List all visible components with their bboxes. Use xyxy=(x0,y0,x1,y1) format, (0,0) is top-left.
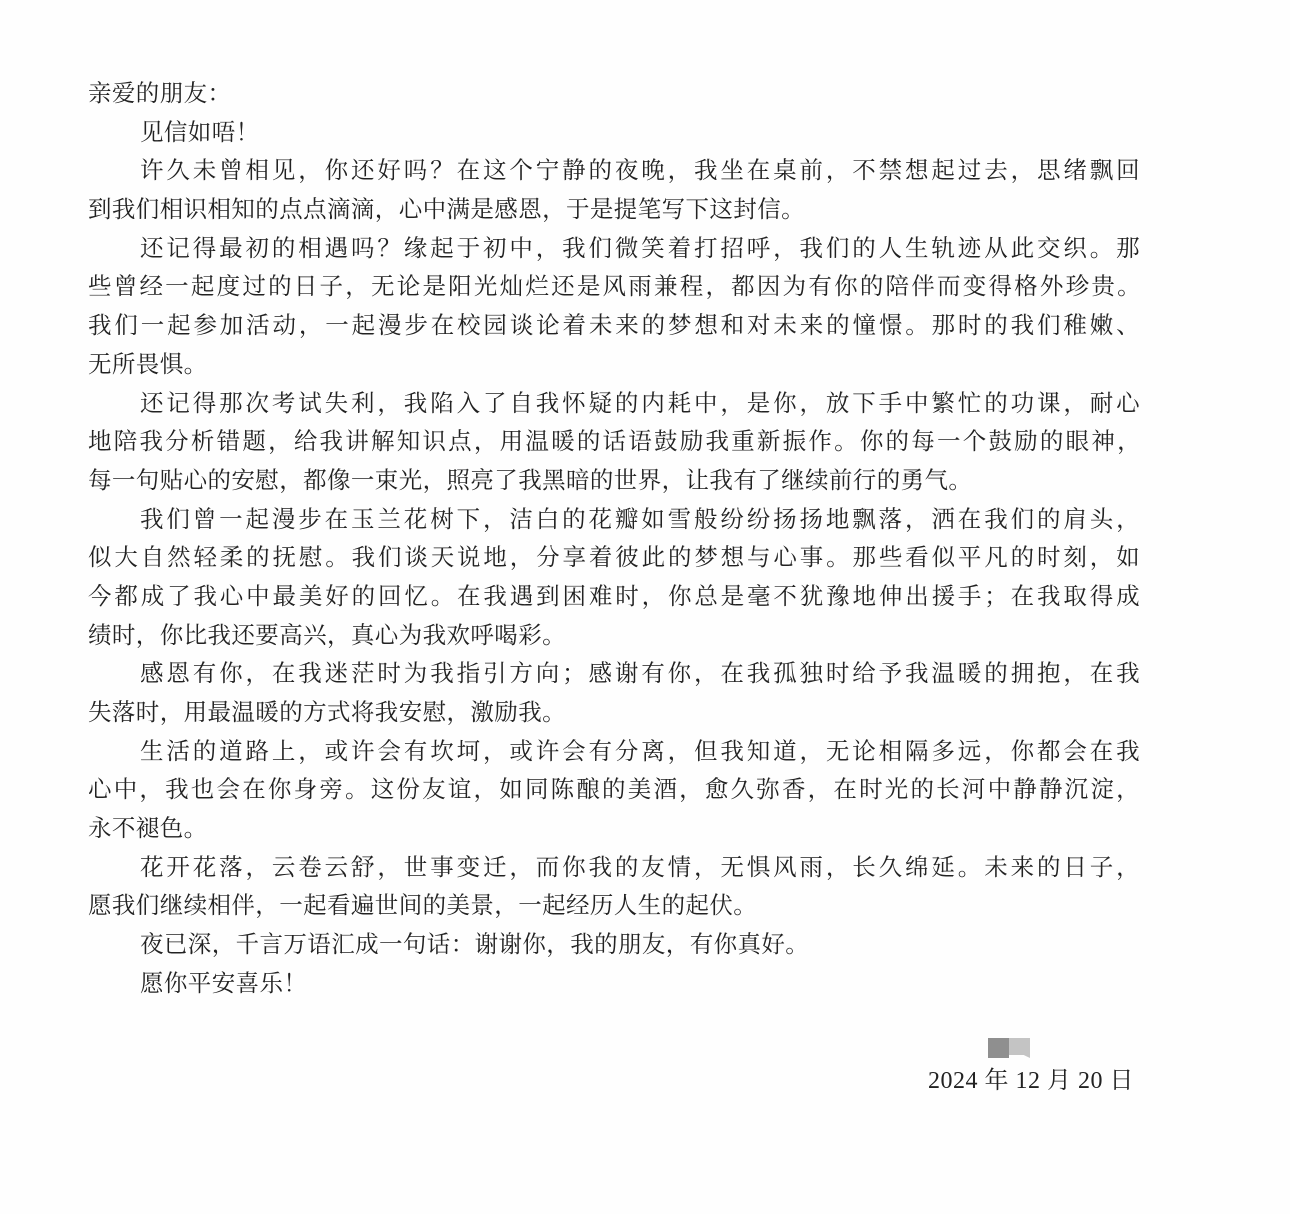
greeting: 见信如唔！ xyxy=(88,113,1140,152)
paragraph-8-line-1: 夜已深，千言万语汇成一句话：谢谢你，我的朋友，有你真好。 xyxy=(88,925,1140,964)
paragraph-5-line-2: 失落时，用最温暖的方式将我安慰，激励我。 xyxy=(88,693,1140,732)
paragraph-7-line-2: 愿我们继续相伴，一起看遍世间的美景，一起经历人生的起伏。 xyxy=(88,886,1140,925)
paragraph-3-line-2: 地陪我分析错题，给我讲解知识点，用温暖的话语鼓励我重新振作。你的每一个鼓励的眼神… xyxy=(88,422,1140,461)
paragraph-2-line-2: 些曾经一起度过的日子，无论是阳光灿烂还是风雨兼程，都因为有你的陪伴而变得格外珍贵… xyxy=(88,267,1140,306)
paragraph-6-line-2: 心中，我也会在你身旁。这份友谊，如同陈酿的美酒，愈久弥香，在时光的长河中静静沉淀… xyxy=(88,770,1140,809)
paragraph-7-line-1: 花开花落，云卷云舒，世事变迁，而你我的友情，无惧风雨，长久绵延。未来的日子， xyxy=(88,848,1140,887)
letter-page: 亲爱的朋友： 见信如唔！ 许久未曾相见，你还好吗？在这个宁静的夜晚，我坐在桌前，… xyxy=(0,0,1290,1214)
redaction-block xyxy=(988,1038,1009,1058)
paragraph-4-line-2: 似大自然轻柔的抚慰。我们谈天说地，分享着彼此的梦想与心事。那些看似平凡的时刻，如 xyxy=(88,538,1140,577)
paragraph-6-line-1: 生活的道路上，或许会有坎坷，或许会有分离，但我知道，无论相隔多远，你都会在我 xyxy=(88,732,1140,771)
letter-body: 亲爱的朋友： 见信如唔！ 许久未曾相见，你还好吗？在这个宁静的夜晚，我坐在桌前，… xyxy=(88,74,1140,1003)
letter-date: 2024 年 12 月 20 日 xyxy=(928,1062,1134,1100)
closing: 愿你平安喜乐！ xyxy=(88,964,1140,1003)
redaction-block xyxy=(1009,1038,1030,1058)
salutation: 亲爱的朋友： xyxy=(88,74,1140,113)
paragraph-3-line-3: 每一句贴心的安慰，都像一束光，照亮了我黑暗的世界，让我有了继续前行的勇气。 xyxy=(88,461,1140,500)
paragraph-4-line-4: 绩时，你比我还要高兴，真心为我欢呼喝彩。 xyxy=(88,616,1140,655)
paragraph-2-line-3: 我们一起参加活动，一起漫步在校园谈论着未来的梦想和对未来的憧憬。那时的我们稚嫩、 xyxy=(88,306,1140,345)
paragraph-1-line-2: 到我们相识相知的点点滴滴，心中满是感恩，于是提笔写下这封信。 xyxy=(88,190,1140,229)
paragraph-2-line-4: 无所畏惧。 xyxy=(88,345,1140,384)
paragraph-4-line-3: 今都成了我心中最美好的回忆。在我遇到困难时，你总是毫不犹豫地伸出援手；在我取得成 xyxy=(88,577,1140,616)
signature-redacted xyxy=(988,1038,1030,1058)
paragraph-2-line-1: 还记得最初的相遇吗？缘起于初中，我们微笑着打招呼，我们的人生轨迹从此交织。那 xyxy=(88,229,1140,268)
paragraph-3-line-1: 还记得那次考试失利，我陷入了自我怀疑的内耗中，是你，放下手中繁忙的功课，耐心 xyxy=(88,384,1140,423)
paragraph-6-line-3: 永不褪色。 xyxy=(88,809,1140,848)
paragraph-1-line-1: 许久未曾相见，你还好吗？在这个宁静的夜晚，我坐在桌前，不禁想起过去，思绪飘回 xyxy=(88,151,1140,190)
paragraph-5-line-1: 感恩有你，在我迷茫时为我指引方向；感谢有你，在我孤独时给予我温暖的拥抱，在我 xyxy=(88,654,1140,693)
paragraph-4-line-1: 我们曾一起漫步在玉兰花树下，洁白的花瓣如雪般纷纷扬扬地飘落，洒在我们的肩头， xyxy=(88,500,1140,539)
